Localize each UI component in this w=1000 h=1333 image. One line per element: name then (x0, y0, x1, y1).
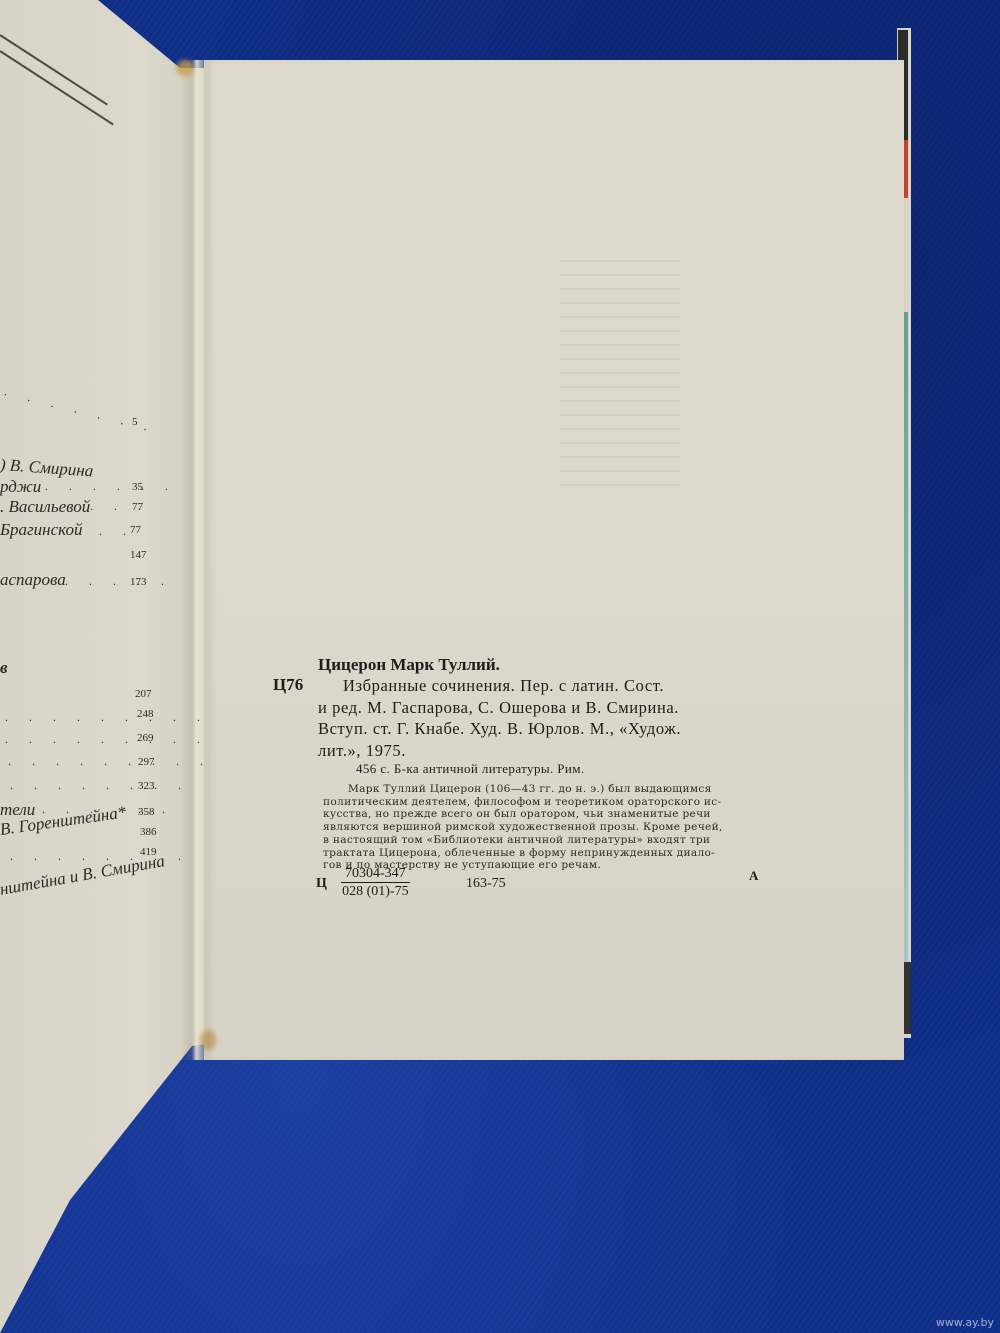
catalog-author-mark: А (749, 868, 758, 884)
cover-black-strip (903, 962, 911, 1034)
catalog-bibliographic-description: Избранные сочинения. Пер. с латин. Сост.… (318, 675, 728, 761)
code-tail: 163-75 (466, 876, 506, 892)
code-letter: Ц (316, 876, 327, 892)
toc-row: . . . . . . . .323 (10, 774, 190, 794)
watermark: www.ay.by (936, 1316, 994, 1329)
toc-row: . . . . . . . . .269 (5, 728, 209, 748)
toc-section-heading: в (0, 658, 8, 678)
toc-row: Брагинской. . .77 (0, 520, 82, 540)
toc-row: . . . . . . . . .297 (8, 750, 212, 770)
right-page (204, 60, 904, 1060)
gutter-stain (200, 1030, 216, 1050)
toc-row: асnарова. . . . .173 (0, 570, 66, 590)
toc-row: . Васильевой. . .77 (0, 497, 90, 517)
toc-row: . . . . . . . . .248 (5, 706, 209, 726)
catalog-pages-series: 456 с. Б-ка античной литературы. Рим. (356, 761, 585, 777)
show-through-text (560, 260, 680, 490)
toc-row: рджи. . . . . .35 (0, 477, 41, 497)
catalog-index: Ц76 (273, 675, 303, 695)
book-gutter (180, 60, 210, 1060)
gutter-stain (176, 60, 194, 76)
left-page (0, 0, 205, 1333)
catalog-annotation: Марк Туллий Цицерон (106—43 гг. до н. э.… (323, 783, 733, 872)
catalog-author: Цицерон Марк Туллий. (318, 655, 500, 675)
code-fraction: 70304-347 028 (01)-75 (341, 866, 410, 900)
